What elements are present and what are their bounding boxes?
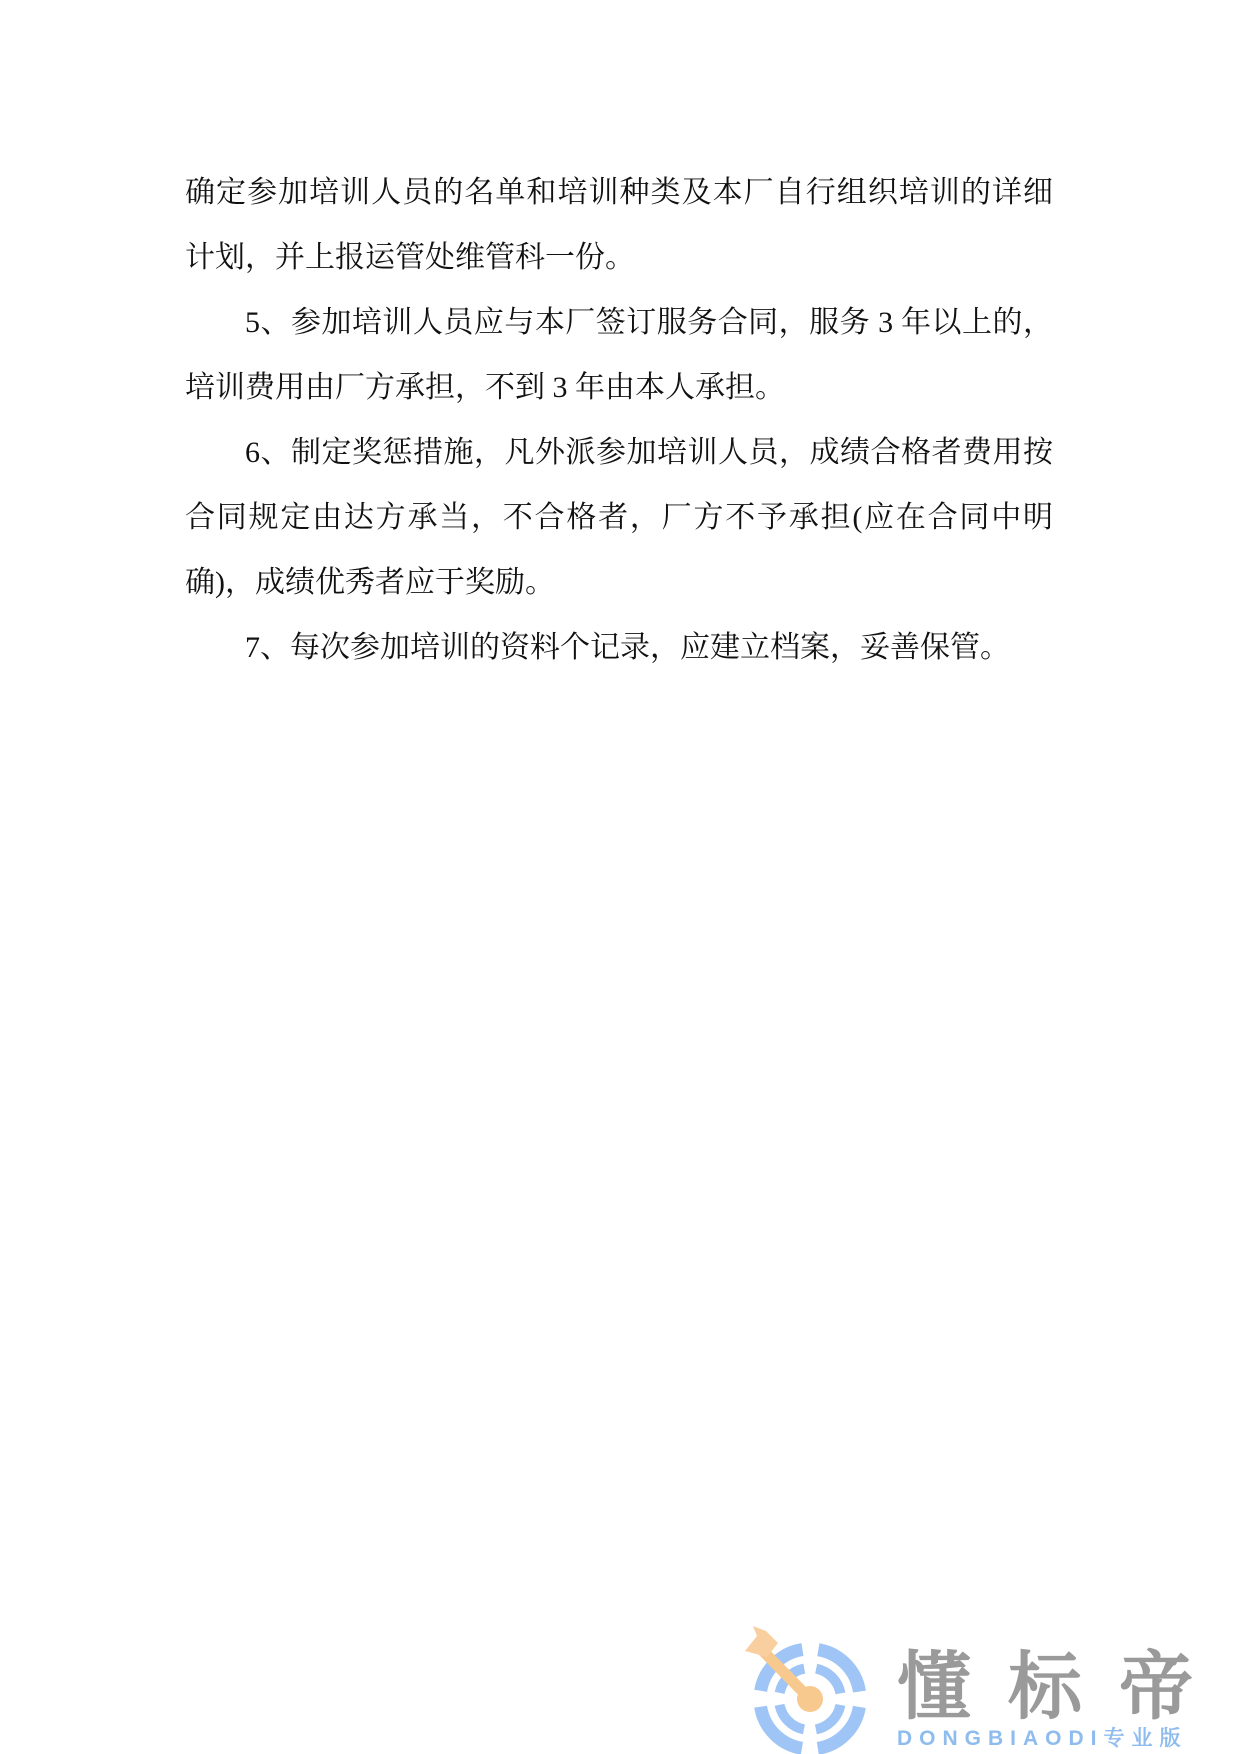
paragraph-item-6: 6、制定奖惩措施，凡外派参加培训人员，成绩合格者费用按合同规定由达方承当，不合格… bbox=[185, 420, 1053, 615]
document-page: 确定参加培训人员的名单和培训种类及本厂自行组织培训的详细计划，并上报运管处维管科… bbox=[0, 0, 1241, 1754]
paragraph-item-5: 5、参加培训人员应与本厂签订服务合同，服务 3 年以上的，培训费用由厂方承担，不… bbox=[185, 290, 1053, 420]
paragraph-continuation: 确定参加培训人员的名单和培训种类及本厂自行组织培训的详细计划，并上报运管处维管科… bbox=[185, 160, 1053, 290]
brand-text-block: 懂标帝 DONGBIAODI专业版 bbox=[897, 1649, 1227, 1750]
brand-subtitle: DONGBIAODI专业版 bbox=[897, 1728, 1227, 1750]
paragraph-item-7: 7、每次参加培训的资料个记录，应建立档案，妥善保管。 bbox=[185, 615, 1053, 680]
brand-name: 懂标帝 bbox=[897, 1649, 1227, 1725]
document-text-block: 确定参加培训人员的名单和培训种类及本厂自行组织培训的详细计划，并上报运管处维管科… bbox=[185, 160, 1053, 680]
target-dart-icon bbox=[738, 1620, 878, 1754]
